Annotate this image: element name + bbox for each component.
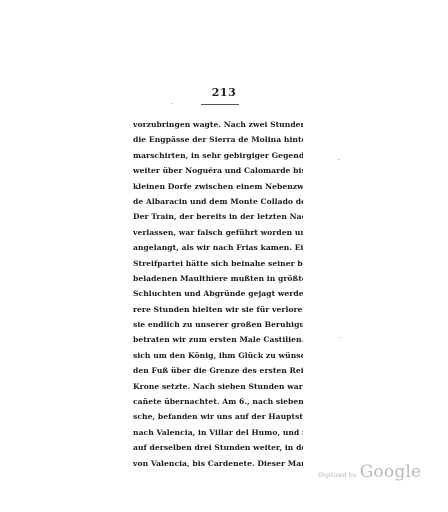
page-number: 213 bbox=[0, 86, 448, 99]
page-number-rule bbox=[201, 104, 239, 105]
text-line: sche, befanden wir uns auf der Hauptstra… bbox=[133, 409, 303, 424]
text-line: de Albaracin und dem Monte Collado de la… bbox=[133, 194, 303, 209]
text-line: den Fuß über die Grenze des ersten Reich… bbox=[133, 363, 303, 378]
text-line: von Valencia, bis Cardenete. Dieser Mars… bbox=[133, 456, 303, 471]
text-line: Schluchten und Abgründe gejagt werden. D… bbox=[133, 286, 303, 301]
text-line: rere Stunden hielten wir sie für verlore… bbox=[133, 302, 303, 317]
text-line: cañete übernachtet. Am 6., nach siebenst… bbox=[133, 394, 303, 409]
scan-speck bbox=[171, 103, 173, 104]
digitized-by-google-watermark: Digitized by Google bbox=[318, 462, 421, 482]
text-line: betraten wir zum ersten Male Castilien. … bbox=[133, 332, 303, 347]
text-line: verlassen, war falsch geführt worden und… bbox=[133, 225, 303, 240]
text-line: Krone setzte. Nach sieben Stunden ward i… bbox=[133, 379, 303, 394]
scan-speck bbox=[338, 159, 340, 160]
text-line: beladenen Maulthiere mußten in größter E… bbox=[133, 271, 303, 286]
scan-speck bbox=[339, 337, 341, 338]
text-line: auf derselben drei Stunden weiter, in de… bbox=[133, 440, 303, 455]
text-line: vorzubringen wagte. Nach zwei Stunden ha… bbox=[133, 117, 303, 132]
text-line: kleinen Dorfe zwischen einem Nebenzweige… bbox=[133, 179, 303, 194]
body-text: vorzubringen wagte. Nach zwei Stunden ha… bbox=[133, 117, 303, 471]
text-line: sich um den König, ihm Glück zu wünschen… bbox=[133, 348, 303, 363]
text-line: Streifpartei hätte sich beinahe seiner b… bbox=[133, 256, 303, 271]
text-line: die Engpässe der Sierra de Molina hinter… bbox=[133, 132, 303, 147]
text-line: nach Valencia, in Villar del Humo, und m… bbox=[133, 425, 303, 440]
watermark-prefix: Digitized by bbox=[318, 471, 357, 479]
text-line: marschirten, in sehr gebirgiger Gegend, … bbox=[133, 148, 303, 163]
text-line: Der Train, der bereits in der letzten Na… bbox=[133, 209, 303, 224]
text-line: sie endlich zu unserer großen Beruhigung… bbox=[133, 317, 303, 332]
text-line: angelangt, als wir nach Frias kamen. Ein… bbox=[133, 240, 303, 255]
text-line: weiter über Noguéra und Calomarde bis Fr… bbox=[133, 163, 303, 178]
google-logo: Google bbox=[360, 462, 422, 482]
